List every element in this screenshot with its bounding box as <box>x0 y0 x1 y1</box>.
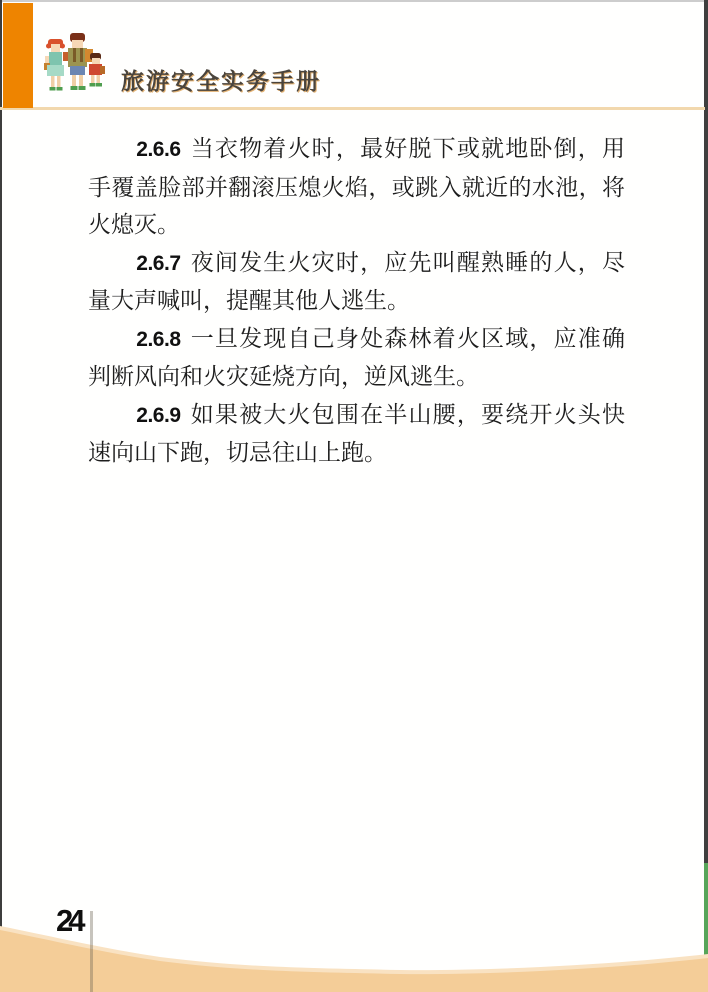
clause-number: 2.6.7 <box>136 252 180 275</box>
paragraph-2-6-7: 2.6.7夜间发生火灾时，应先叫醒熟睡的人，尽量大声喊叫，提醒其他人逃生。 <box>88 244 625 320</box>
scan-edge-top <box>0 0 708 2</box>
scan-edge-right <box>704 0 708 866</box>
page-title: 旅游安全实务手册 <box>121 63 321 96</box>
page-number: 24 <box>56 903 80 939</box>
paragraph-2-6-8: 2.6.8一旦发现自己身处森林着火区域，应准确判断风向和火灾延烧方向，逆风逃生。 <box>88 320 625 396</box>
footer-wave-main <box>0 930 708 992</box>
scan-edge-left <box>0 0 2 992</box>
family-travelers-icon <box>43 32 113 110</box>
footer-wave <box>0 920 708 992</box>
clause-number: 2.6.9 <box>136 404 180 427</box>
clause-number: 2.6.6 <box>136 138 180 161</box>
woman-figure <box>44 39 65 91</box>
book-page: 旅游安全实务手册 2.6.6当衣物着火时，最好脱下或就地卧倒，用手覆盖脸部并翻滚… <box>0 0 708 992</box>
header-orange-block <box>3 3 33 108</box>
paragraph-2-6-9: 2.6.9如果被大火包围在半山腰，要绕开火头快速向山下跑，切忌往山上跑。 <box>88 396 625 472</box>
child-figure <box>89 53 105 87</box>
body-text: 2.6.6当衣物着火时，最好脱下或就地卧倒，用手覆盖脸部并翻滚压熄火焰，或跳入就… <box>88 130 625 472</box>
clause-number: 2.6.8 <box>136 328 180 351</box>
footer-vertical-rule <box>90 911 93 992</box>
man-figure <box>63 33 93 90</box>
paragraph-2-6-6: 2.6.6当衣物着火时，最好脱下或就地卧倒，用手覆盖脸部并翻滚压熄火焰，或跳入就… <box>88 130 625 244</box>
